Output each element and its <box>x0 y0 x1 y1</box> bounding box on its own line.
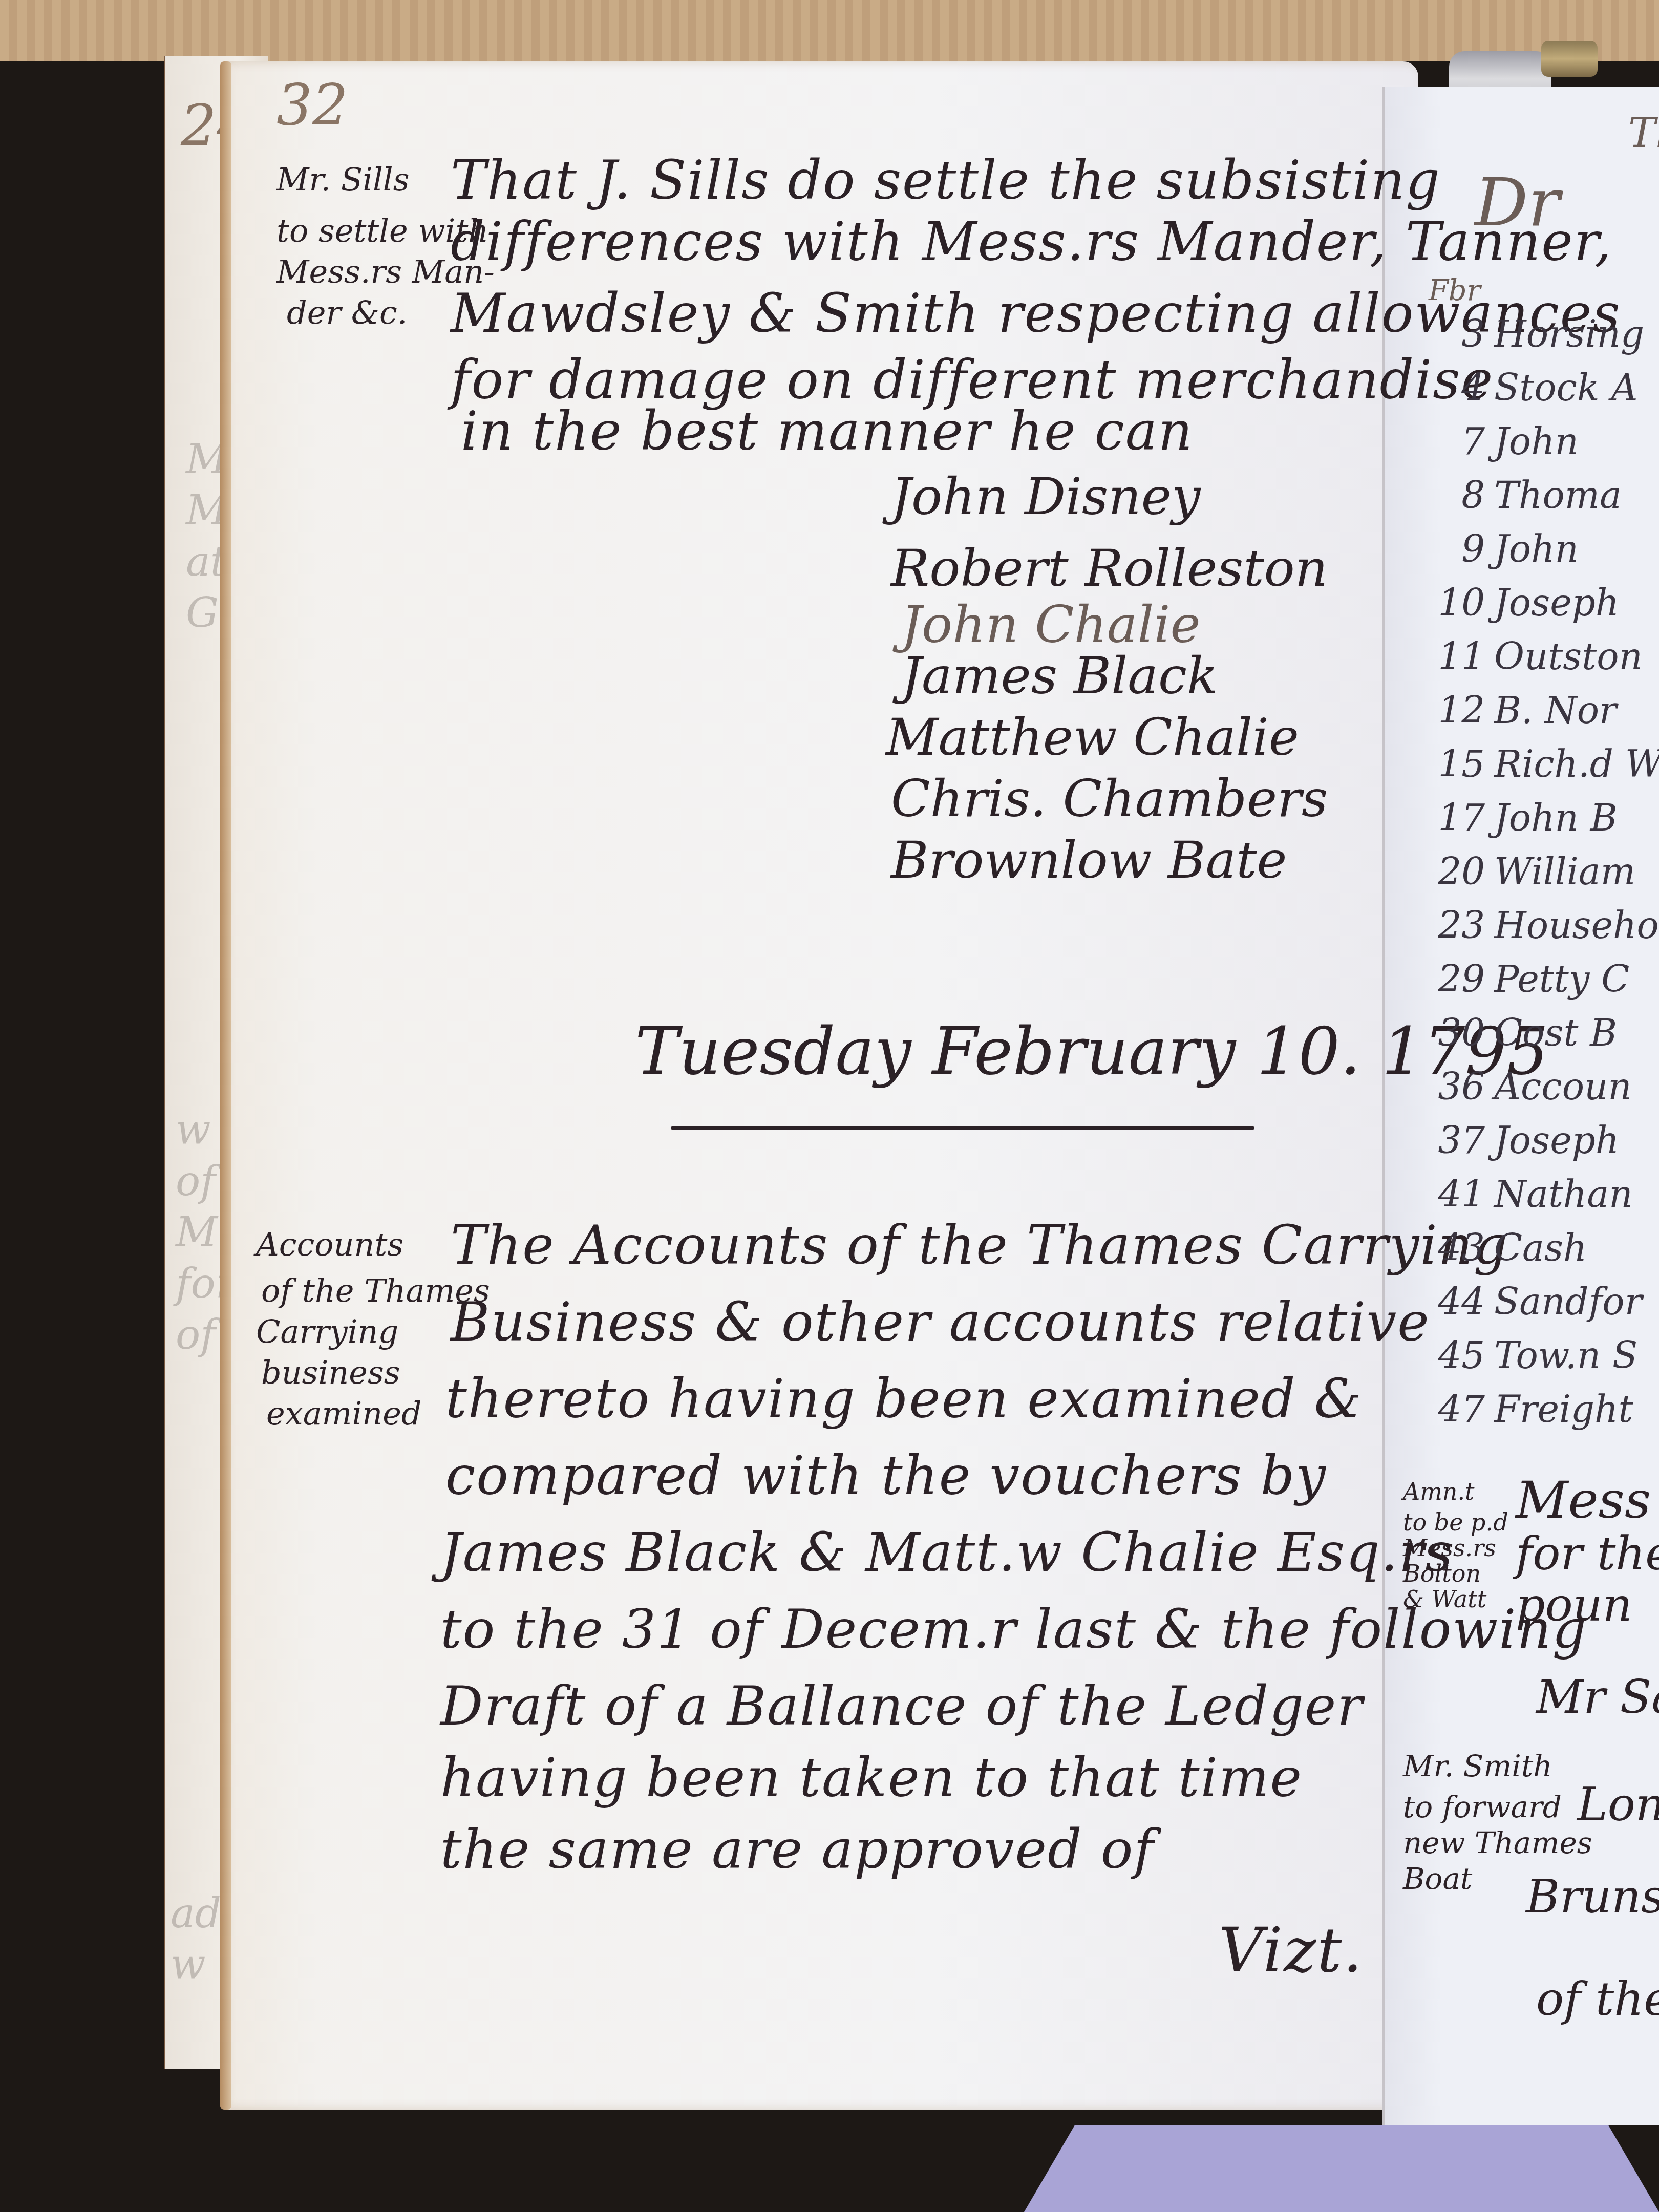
ghost-text: w <box>171 1941 205 1988</box>
list-text: Joseph <box>1494 1119 1619 1162</box>
entry-text-line: the same are approved of <box>440 1823 1155 1876</box>
brass-clip-part <box>1541 41 1598 77</box>
list-item: 10Joseph <box>1408 581 1619 624</box>
margin-note-line: Mess.rs <box>1403 1536 1496 1560</box>
list-text: John <box>1494 527 1579 570</box>
list-item: 47Freight <box>1408 1388 1633 1431</box>
margin-note-line: examined <box>266 1398 422 1430</box>
signature: John Chalie <box>901 599 1201 650</box>
list-number: 41 <box>1408 1173 1485 1216</box>
list-number: 44 <box>1408 1280 1485 1323</box>
margin-note-line: Mr. Sills <box>276 164 410 196</box>
list-text: Cost B <box>1494 1011 1617 1054</box>
list-item: 29Petty C <box>1408 958 1629 1001</box>
margin-note-line: new Thames <box>1403 1828 1592 1858</box>
list-item: 7John <box>1408 420 1579 463</box>
signature: John Disney <box>891 471 1200 522</box>
list-number: 15 <box>1408 742 1485 785</box>
signature: Robert Rolleston <box>891 543 1328 594</box>
ghost-text: M <box>176 1208 218 1256</box>
list-number: 3 <box>1408 312 1485 355</box>
signature: James Black <box>901 650 1218 701</box>
list-item: 43Cash <box>1408 1226 1587 1269</box>
divider-rule <box>671 1126 1254 1130</box>
margin-note-line: Mr. Smith <box>1403 1751 1552 1781</box>
list-text: Horsing <box>1494 312 1644 355</box>
entry-text-line: having been taken to that time <box>440 1751 1303 1804</box>
list-number: 43 <box>1408 1226 1485 1269</box>
list-text: Freight <box>1494 1388 1633 1431</box>
list-text: Stock A <box>1494 366 1637 409</box>
entry-text-line: of the <box>1536 1976 1659 2023</box>
list-text: Rich.d W <box>1494 742 1659 785</box>
signature: Matthew Chalie <box>886 712 1299 763</box>
list-item: 41Nathan <box>1408 1173 1633 1216</box>
list-number: 10 <box>1408 581 1485 624</box>
debit-heading: Dr <box>1475 169 1560 236</box>
margin-note-line: to forward <box>1403 1792 1562 1822</box>
entry-text-line: Mr Sa <box>1536 1674 1659 1720</box>
list-item: 3Horsing <box>1408 312 1644 355</box>
list-item: 37Joseph <box>1408 1119 1619 1162</box>
list-text: Joseph <box>1494 581 1619 624</box>
ghost-text: w <box>176 1106 210 1154</box>
list-text: Tow.n S <box>1494 1334 1637 1377</box>
list-item: 44Sandfor <box>1408 1280 1642 1323</box>
list-item: 12B. Nor <box>1408 689 1617 732</box>
right-header-fragment: Th <box>1628 113 1659 154</box>
page-fold-edge <box>220 61 231 2110</box>
entry-text-line: compared with the vouchers by <box>445 1449 1327 1502</box>
entry-text-line: Business & other accounts relative <box>451 1295 1430 1349</box>
list-text: Cash <box>1494 1226 1587 1269</box>
entry-text-line: for the <box>1516 1531 1659 1577</box>
list-number: 20 <box>1408 850 1485 893</box>
list-number: 23 <box>1408 904 1485 947</box>
entry-text-line: That J. Sills do settle the subsisting <box>451 154 1441 207</box>
list-text: B. Nor <box>1494 689 1617 732</box>
entry-text-line: Mess <box>1516 1475 1651 1526</box>
entry-text-line: in the best manner he can <box>461 405 1194 458</box>
list-text: Sandfor <box>1494 1280 1642 1323</box>
entry-text-line: James Black & Matt.w Chalie Esq.rs <box>440 1526 1454 1579</box>
lavender-surface <box>1024 2125 1659 2212</box>
page-number: 32 <box>276 77 348 133</box>
list-text: Accoun <box>1494 1065 1632 1108</box>
list-text: John B <box>1494 796 1618 839</box>
list-text: Househo <box>1494 904 1659 947</box>
list-item: 11Outston <box>1408 635 1643 678</box>
list-number: 8 <box>1408 474 1485 517</box>
margin-note-line: der &c. <box>287 297 407 329</box>
list-item: 20William <box>1408 850 1635 893</box>
list-number: 7 <box>1408 420 1485 463</box>
entry-text-line: thereto having been examined & <box>445 1372 1363 1426</box>
list-item: 23Househo <box>1408 904 1659 947</box>
list-item: 15Rich.d W <box>1408 742 1659 785</box>
margin-note-line: to be p.d <box>1403 1511 1508 1534</box>
list-item: 17John B <box>1408 796 1618 839</box>
list-item: 36Accoun <box>1408 1065 1632 1108</box>
column-label: Fbr <box>1429 276 1480 305</box>
margin-note-line: Carrying <box>256 1316 398 1348</box>
list-number: 37 <box>1408 1119 1485 1162</box>
margin-note-line: business <box>261 1357 400 1389</box>
list-number: 4 <box>1408 366 1485 409</box>
margin-note-line: Amn.t <box>1403 1480 1475 1503</box>
list-number: 29 <box>1408 958 1485 1001</box>
list-number: 12 <box>1408 689 1485 732</box>
list-text: Petty C <box>1494 958 1629 1001</box>
list-number: 9 <box>1408 527 1485 570</box>
ghost-text: ad <box>171 1889 221 1937</box>
list-text: John <box>1494 420 1579 463</box>
list-number: 11 <box>1408 635 1485 678</box>
list-number: 17 <box>1408 796 1485 839</box>
list-item: 30Cost B <box>1408 1011 1617 1054</box>
entry-text-line: Bruns <box>1526 1874 1659 1920</box>
closing-vizt: Vizt. <box>1219 1920 1364 1982</box>
margin-note-line: Bolton <box>1403 1562 1481 1585</box>
list-item: 45Tow.n S <box>1408 1334 1637 1377</box>
entry-text-line: differences with Mess.rs Mander, Tanner, <box>451 215 1612 268</box>
margin-note-line: Accounts <box>256 1229 403 1261</box>
ghost-text: of <box>176 1157 216 1205</box>
entry-text-line: London <box>1577 1782 1659 1828</box>
list-number: 36 <box>1408 1065 1485 1108</box>
list-number: 30 <box>1408 1011 1485 1054</box>
entry-text-line: Draft of a Ballance of the Ledger <box>440 1679 1364 1733</box>
margin-note-line: Boat <box>1403 1864 1472 1894</box>
list-text: William <box>1494 850 1635 893</box>
signature: Brownlow Bate <box>891 835 1287 886</box>
list-text: Thoma <box>1494 474 1622 517</box>
entry-text-line: The Accounts of the Thames Carrying <box>451 1219 1508 1272</box>
list-number: 47 <box>1408 1388 1485 1431</box>
entry-text-line: for damage on different merchandise <box>451 353 1494 407</box>
list-number: 45 <box>1408 1334 1485 1377</box>
list-item: 9John <box>1408 527 1579 570</box>
list-item: 8Thoma <box>1408 474 1622 517</box>
list-text: Nathan <box>1494 1173 1633 1216</box>
margin-note-line: & Watt <box>1403 1587 1486 1611</box>
ghost-text: of <box>176 1311 216 1358</box>
list-item: 4Stock A <box>1408 366 1637 409</box>
list-text: Outston <box>1494 635 1643 678</box>
entry-text-line: poun <box>1516 1582 1632 1628</box>
signature: Chris. Chambers <box>891 773 1328 824</box>
